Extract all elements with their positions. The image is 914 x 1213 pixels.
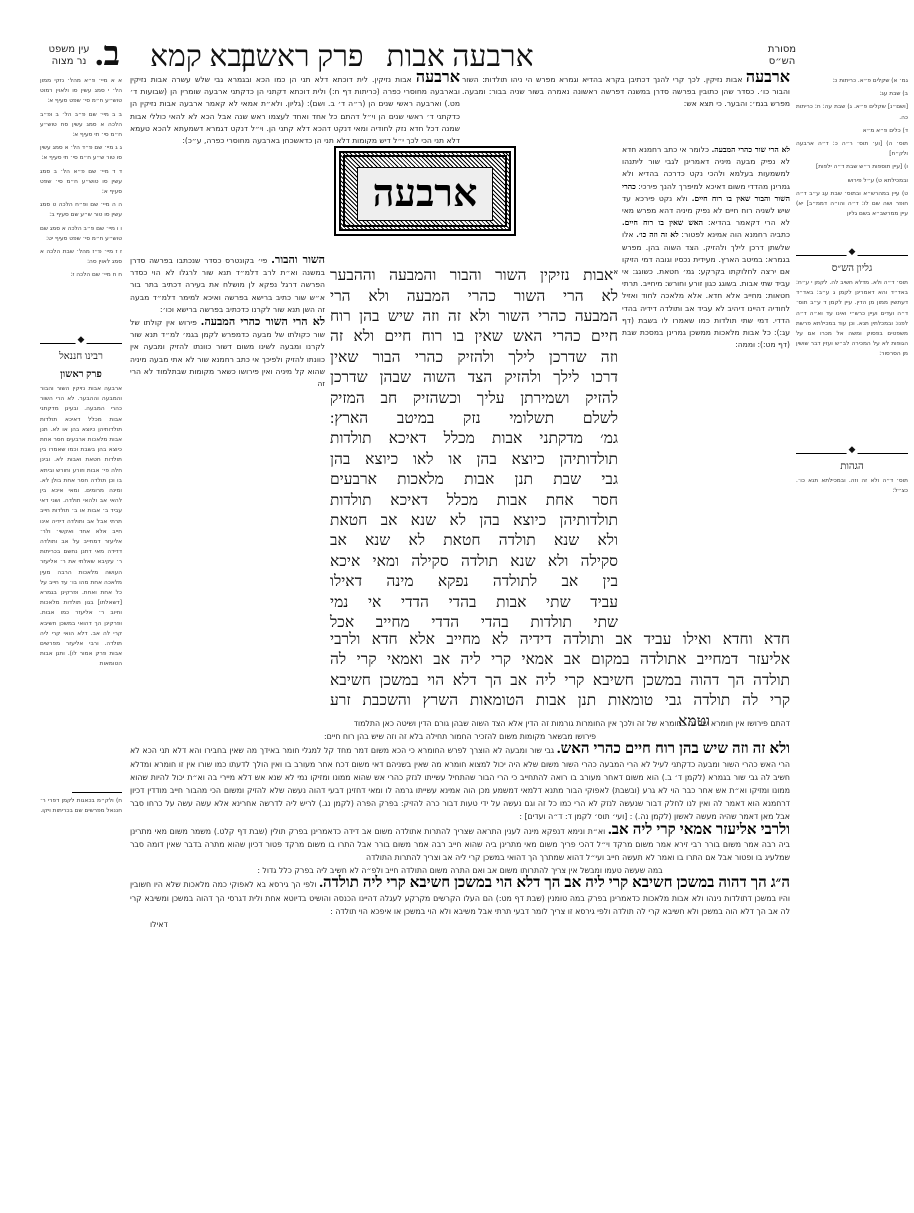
- gemara-line-text: אבות נזיקין השור והבור והמבעה וההבער: [330, 267, 613, 284]
- ein-mishpat-entry: ד ד מיי׳ שם פ״א הל׳ ב סמג עשין סו טוש״ע …: [40, 167, 122, 198]
- rashi-column: לא הרי שור כהרי המבעה. כלומר אי כתב רחמנ…: [622, 144, 790, 554]
- hagahot-text: תוס׳ ד״ה ולא זה וזה. ובמכילתא תנא כו׳. כ…: [796, 478, 908, 494]
- tosafot-continuation: דהתם פירושו אין חומרא של זה כחומרא של זה…: [130, 717, 790, 730]
- gemara-line: אאבות נזיקין השור והבור והמבעה וההבער: [330, 262, 618, 287]
- gemara-line: בין אב לתולדה נפקא מינה דאילו: [330, 572, 618, 592]
- ein-mishpat-label: עין משפט נר מצוה: [48, 44, 90, 68]
- tosafot-intro: אבות נזיקין. לית דוכתא דלא תני הן כמו הכ…: [130, 75, 460, 144]
- gemara-line: ולא שנא תולדה חטאת לא שנא אב: [330, 531, 618, 551]
- label-line: נר מצוה: [48, 56, 90, 68]
- rashi-text: אלו שלשתן דרכן לילך ולהזיק. הצד השוה בהן…: [622, 230, 790, 349]
- gemara-line: חיים כהרי האש שאין בו רוח חיים ולא זה: [330, 327, 618, 347]
- masoret-label: מסורת הש״ס: [760, 44, 804, 68]
- gilyon-hashas-text: תוס׳ ד״ה ולא. מדלא חשיב לה. לקמן י ע״ח: …: [796, 280, 908, 357]
- hagahot-section: הגהות תוס׳ ד״ה ולא זה וזה. ובמכילתא תנא …: [796, 450, 908, 506]
- ein-mishpat-entry: ג ג מיי׳ שם פ״ד הל׳ א סמג עשין סו טור ש״…: [40, 143, 122, 163]
- tosafot-entry: ולא זה וזה שיש בהן רוח חיים כהרי האש. גב…: [130, 743, 790, 823]
- page-number: ב.: [95, 36, 120, 74]
- rabbeinu-chananel-footnote: ח) ולק״מ בכאגות לקמן דפרי ר׳ חננאל מפרשי…: [40, 796, 122, 826]
- tosafot-spacer: [130, 144, 325, 254]
- rashi-dibur-hamatchil: האש שאין בו רוח חיים.: [622, 218, 703, 227]
- gemara-line: עביד שתי אבות בהדי הדדי אי נמי: [330, 593, 618, 613]
- tosafot-text: גבי שור ומבעה לא הוצרך לפרש החומרא כי הכ…: [130, 746, 790, 821]
- gemara-line: תולדותיהן כיוצא בהן או לאו כיוצא בהן: [330, 450, 618, 470]
- masoret-entry: ט) עיין במהרש״א ובתוס׳ שבת עג ע״ב ד״ה חו…: [796, 189, 908, 220]
- ein-mishpat-entry: ז ז מיי׳ פ״ז מהל׳ שבת הלכה א סמג לאוין ס…: [40, 247, 122, 267]
- gemara-text: אאבות נזיקין השור והבור והמבעה וההבער לא…: [330, 262, 618, 633]
- catchword: דאילו: [130, 918, 790, 931]
- tosafot-dibur-hamatchil: ולא זה וזה שיש בהן רוח חיים כהרי האש.: [557, 741, 790, 757]
- tosafot-entry: ה״ג הך דהוה במשכן חשיבא קרי ליה אב הך דל…: [130, 877, 790, 918]
- ein-mishpat-entry: ב ב מיי׳ שם פ״ב הל׳ ב ופ״ב הלכה א סמג עש…: [40, 110, 122, 141]
- rabbeinu-chananel-chapter: פרק ראשון: [40, 368, 122, 382]
- decorative-border: ארבעה: [339, 151, 511, 231]
- ein-mishpat-entry: ו ו מיי׳ שם פ״ב הלכה א סמג שם טוש״ע ח״מ …: [40, 224, 122, 244]
- masoret-entry: ובמכילתא ט) ע״ל פירוש: [796, 176, 908, 186]
- gemara-line: לשלם תשלומי נזק במיטב הארץ:: [330, 409, 618, 429]
- rashi-text: כתביה רחמנא הוה אמינא לפטור:: [681, 230, 790, 239]
- label-line: מסורת: [760, 44, 804, 56]
- rabbeinu-chananel-title: רבינו חננאל: [40, 350, 122, 364]
- chapter-name: ארבעה אבות: [320, 40, 600, 74]
- tosafot-opening-word: ארבעה: [416, 72, 460, 86]
- ornamental-divider: [40, 340, 122, 346]
- bottom-commentary: דהתם פירושו אין חומרא של זה כחומרא של זה…: [130, 717, 790, 931]
- masoret-entry: ב) שבת עג:: [796, 89, 908, 99]
- gemara-line: גבי שבת תנן אבות מלאכות ארבעים: [330, 470, 618, 490]
- rashi-intro: אבות נזיקין. לכך קרי להנך דכתיבן בקרא בה…: [462, 75, 790, 108]
- rashi-dibur-hamatchil: לא זה וזה כו׳.: [636, 230, 678, 239]
- label-line: עין משפט: [48, 44, 90, 56]
- gemara-line: תולדה הך דהוה במשכן חשיבא קרי ליה אב הך …: [330, 671, 790, 691]
- tosafot-column: השור והבור. פי׳ בקונטרס כסדר שנכתבו בפרש…: [130, 144, 325, 644]
- tosafot-top: ארבעה אבות נזיקין. לית דוכתא דלא תני הן …: [130, 72, 460, 144]
- ein-mishpat-entry: ח ח מיי׳ שם הלכה ז:: [40, 270, 122, 276]
- gemara-line: להזיק ושמירתן עליך וכשהזיק חב המזיק: [330, 389, 618, 409]
- rashi-top: ארבעה אבות נזיקין. לכך קרי להנך דכתיבן ב…: [462, 72, 790, 144]
- rashi-dibur-hamatchil: לא הרי שור כהרי המבעה.: [712, 145, 790, 154]
- ornamental-divider: [796, 252, 908, 258]
- tosafot-dibur-hamatchil: השור והבור.: [271, 253, 325, 266]
- gilyon-hashas-title: גליון הש״ס: [796, 262, 908, 276]
- rabbeinu-chananel-body: רבינו חננאל פרק ראשון ארבעה אבות נזיקין …: [40, 346, 122, 786]
- rabbeinu-chananel-section: רבינו חננאל פרק ראשון ארבעה אבות נזיקין …: [40, 340, 122, 826]
- footnote-rule: [72, 792, 122, 793]
- tosafot-dibur-hamatchil: ה״ג הך דהוה במשכן חשיבא קרי ליה אב הך דל…: [319, 875, 790, 891]
- masoret-entry: גמ׳ א) שקלים פ״א. כריתות כ:: [796, 76, 908, 86]
- gemara-line: חסר אחת אבות מכלל דאיכא תולדות: [330, 491, 618, 511]
- footnote-marker: א: [613, 268, 618, 276]
- hagahot-title: הגהות: [796, 460, 908, 474]
- gemara-line: אליעזר דמחייב אתולדה במקום אב אמאי קרי ל…: [330, 650, 790, 670]
- ein-mishpat-entry: א א מיי׳ פ״א מהל׳ נזקי ממון הל׳ י סמג עש…: [40, 76, 122, 107]
- decorated-opening-word-frame: ארבעה: [334, 146, 516, 236]
- masoret-entry: ד) כלים פ״א מ״א: [796, 126, 908, 136]
- gemara-line: תולדותיהן כיוצא בהן לא שנא אב חטאת: [330, 511, 618, 531]
- gemara-line: גמ׳ מדקתני אבות מכלל דאיכא תולדות: [330, 429, 618, 449]
- masoret-hashas-column: גמ׳ א) שקלים פ״א. כריתות כ: ב) שבת עג: […: [796, 76, 908, 242]
- decorated-opening-word: ארבעה: [357, 167, 493, 221]
- masoret-entry: ו) [עיין תוספות ר״ש שבת ד״ה ילפות]: [796, 162, 908, 172]
- rabbeinu-chananel-text: ארבעה אבות נזיקין השור והבור והמבעה וההב…: [40, 386, 122, 667]
- ein-mishpat-entry: ה ה מיי׳ שם ופ״ח הלכה ט סמג עשין סו טור …: [40, 200, 122, 220]
- ein-mishpat-column: א א מיי׳ פ״א מהל׳ נזקי ממון הל׳ י סמג עש…: [40, 76, 122, 276]
- gemara-line: לא הרי השור כהרי המבעה ולא הרי: [330, 287, 618, 307]
- tosafot-dibur-hamatchil: ולרבי אליעזר אמאי קרי ליה אב.: [608, 822, 790, 838]
- gemara-line: המבעה כהרי השור ולא זה וזה שיש בהן רוח: [330, 307, 618, 327]
- masoret-entry: [ושם״נ] שקלים פ״א. ג) שבת עה: ח: כריתות …: [796, 102, 908, 122]
- gemara-line: סקילה ולא שנא תולדה סקילה ומאי איכא: [330, 552, 618, 572]
- label-line: הש״ס: [760, 56, 804, 68]
- gemara-line: חדא וחדא ואילו עביד אב ותולדה דידיה לא מ…: [330, 630, 790, 650]
- hagahot-body: הגהות תוס׳ ד״ה ולא זה וזה. ובמכילתא תנא …: [796, 456, 908, 506]
- gemara-line: דרכו לילך ולהזיק הצד השוה שבהן שדרכן: [330, 368, 618, 388]
- rashi-opening-word: ארבעה: [746, 72, 790, 86]
- masoret-entry: תוס׳ ה) [וע׳ תוס׳ ר״ה כ: ד״ה ארבעה ולק״ח…: [796, 139, 908, 159]
- ornamental-divider: [796, 450, 908, 456]
- gemara-line: קרי לה תולדה גבי טומאות תנן אבות הטומאות…: [330, 691, 790, 711]
- tosafot-entry: ולרבי אליעזר אמאי קרי ליה אב. וא״ת ונימא…: [130, 824, 790, 865]
- gilyon-hashas-body: גליון הש״ס תוס׳ ד״ה ולא. מדלא חשיב לה. ל…: [796, 258, 908, 446]
- tosafot-text: פירוש אין קולתו של שור כקולתו של מבעה כד…: [130, 318, 325, 388]
- gemara-line: וזה שדרכן לילך ולהזיק כהרי הבור שאין: [330, 348, 618, 368]
- tosafot-dibur-hamatchil: לא הרי השור כהרי המבעה.: [201, 315, 325, 328]
- gilyon-hashas-section: גליון הש״ס תוס׳ ד״ה ולא. מדלא חשיב לה. ל…: [796, 252, 908, 446]
